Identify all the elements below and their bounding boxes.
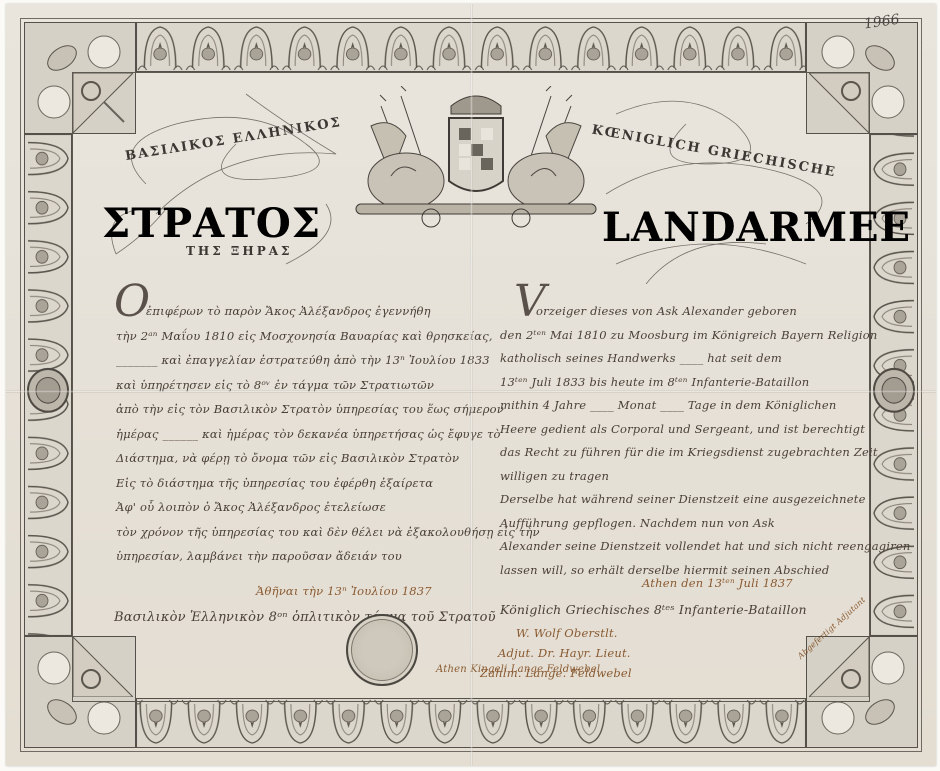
greek-text-line: τὸν χρόνον τῆς ὑπηρεσίας του καὶ δὲν θέλ… [116, 525, 540, 539]
greek-text-line: Ἀφ' οὗ λοιπὸν ὁ Ἄκος Ἀλέξανδρος ἐτελείωσ… [116, 500, 386, 514]
greek-text-line: Εἰς τὸ διάστημα τῆς ὑπηρεσίας του ἐφέρθη… [116, 476, 433, 490]
officer-signature: Adjut. Dr. Hayr. Lieut. [498, 646, 631, 660]
greek-text-line: ἀπὸ τὴν εἰς τὸν Βασιλικὸν Στρατὸν ὑπηρεσ… [116, 402, 504, 416]
german-text-line: lassen will, so erhält derselbe hiermit … [500, 563, 829, 577]
corner-triangle-icon [73, 73, 133, 133]
greek-text-line: ἡμέρας ______ καὶ ἡμέρας τὸν δεκανέα ὑπη… [116, 427, 501, 441]
royal-crest-icon [351, 86, 601, 231]
seal-stamp-icon [346, 614, 418, 686]
greek-signature-line: Βασιλικὸν Ἑλληνικὸν 8ᵒⁿ ὁπλιτικὸν τάγμα … [114, 610, 496, 625]
greek-initial-letter: Ο [114, 276, 150, 327]
german-text-line: mithin 4 Jahre ____ Monat ____ Tage in d… [500, 398, 837, 412]
german-text-line: Alexander seine Dienstzeit vollendet hat… [500, 539, 911, 553]
greek-sub-title: ΤΗΣ ΞΗΡΑΣ [186, 244, 293, 258]
german-text-line: Aufführung gepflogen. Nachdem nun von As… [500, 516, 775, 530]
greek-text-line: Διάστημα, νὰ φέρῃ τὸ ὄνομα τῶν εἰς Βασιλ… [116, 451, 459, 465]
greek-text-line: ὑπηρεσίαν, λαμβάνει τὴν παροῦσαν ἄδειάν … [116, 549, 402, 563]
corner-triangle-icon [73, 637, 133, 697]
margin-note-lower-left: Athen Kingeli Lange Feldwebel [436, 664, 600, 675]
fold-line-horizontal [6, 390, 936, 393]
corner-triangle-icon [809, 73, 869, 133]
german-text-line: den 2ᵗᵉⁿ Mai 1810 zu Moosburg im Königre… [500, 328, 878, 342]
greek-place-date: Ἀθῆναι τὴν 13ⁿ Ἰουλίου 1837 [256, 584, 432, 598]
german-text-line: Heere gedient als Corporal und Sergeant,… [500, 422, 865, 436]
officer-signature: W. Wolf Oberstlt. [516, 626, 618, 640]
left-ornamental-border [24, 134, 72, 636]
german-text-line: Derselbe hat während seiner Dienstzeit e… [500, 492, 866, 506]
german-initial-letter: V [514, 276, 546, 327]
fold-line-vertical [470, 4, 473, 766]
german-text-line: das Recht zu führen für die im Kriegsdie… [500, 445, 878, 459]
german-text-line: orzeiger dieses von Ask Alexander gebore… [536, 304, 797, 318]
greek-text-line: τὴν 2ᵃⁿ Μαΐου 1810 εἰς Μοσχονησία Βαυαρί… [116, 329, 493, 343]
greek-text-line: ἐπιφέρων τὸ παρὸν Ἄκος Ἀλέξανδρος ἐγεννή… [146, 304, 431, 318]
german-text-line: willigen zu tragen [500, 469, 609, 483]
german-text-line: katholisch seines Handwerks ____ hat sei… [500, 351, 782, 365]
greek-main-title: ΣΤΡΑΤΟΣ [102, 200, 321, 247]
german-unit-line: Königlich Griechisches 8ᵗᵉˢ Infanterie-B… [500, 602, 807, 617]
german-main-title: LANDARMEE [602, 204, 911, 251]
german-place-date: Athen den 13ᵗᵉⁿ Juli 1837 [642, 576, 793, 590]
document-sheet: 1966 [6, 4, 936, 766]
german-text-line: 13ᵗᵉⁿ Juli 1833 bis heute im 8ᵗᵉⁿ Infant… [500, 375, 809, 389]
greek-text-line: _______ καὶ ἐπαγγελίαν ἐστρατεύθη ἀπὸ τὴ… [116, 353, 490, 367]
